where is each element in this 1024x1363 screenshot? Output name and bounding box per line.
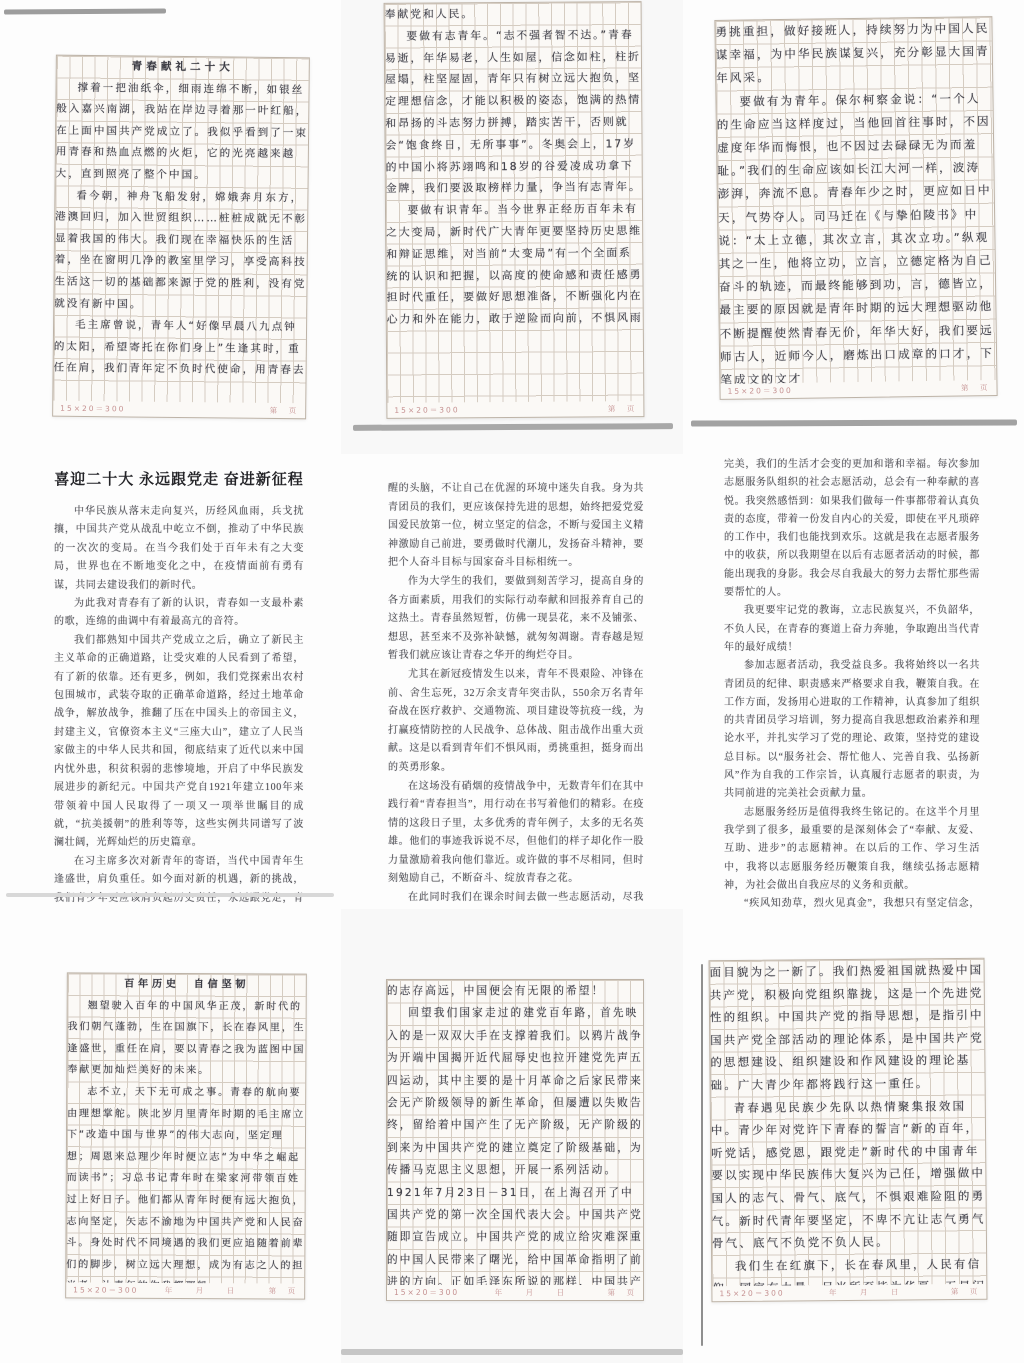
essay-photo-8: 的志存高远，中国便会有无限的希望！ 回望我们国家走过的建党百年路，首先映入的是一…	[341, 909, 683, 1363]
manuscript-paper: 奉献党和人民。 要做有志青年。“志不强者智不达。”青春易逝，年华易老，人生如屋，…	[384, 1, 645, 419]
printed-paragraph: 在这场没有硝烟的疫情战争中，无数青年们在其中践行着“青春担当”，用行动在书写着他…	[388, 778, 644, 890]
essay-paragraph: 要做有识青年。当今世界正经历百年未有之大变局，新时代广大青年更要坚持历史思维和辩…	[386, 198, 643, 331]
printed-paragraph: 我们都熟知中国共产党成立之后，确立了新民主主义革命的正确道路，让受灾难的人民看到…	[54, 632, 304, 853]
manuscript-paper: 勇挑重担，做好接班人，持续努力为中国人民谋幸福，为中华民族谋复兴，充分彰显大国青…	[714, 16, 997, 400]
essay-photo-7: 百年历史 自信坚韧 翘望驶入百年的中国风华正茂，新时代的我们朝气蓬勃，生在国旗下…	[0, 909, 341, 1363]
manuscript-body: 的志存高远，中国便会有无限的希望！ 回望我们国家走过的建党百年路，首先映入的是一…	[387, 980, 643, 1285]
paper-footer: 15×20＝300 年 月 日 第 页	[712, 1284, 986, 1301]
manuscript-body: 勇挑重担，做好接班人，持续努力为中国人民谋幸福，为中华民族谋复兴，充分彰显大国青…	[715, 17, 996, 384]
manuscript-paper: 青春献礼二十大 撑着一把油纸伞，细雨连绵不断，如银丝般入嘉兴南湖，我站在岸边寻着…	[52, 55, 310, 420]
printed-paragraph: 醒的头脑，不让自己在优渥的环境中迷失自我。身为共青团员的我们，更应该保持先进的思…	[388, 480, 644, 573]
page-number-mark: 第 页	[961, 382, 990, 393]
printed-paragraph: 志愿服务经历是值得我终生铭记的。在这半个月里我学到了很多，最重要的是深刻体会了“…	[724, 804, 980, 895]
date-placeholder-mark: 年 月 日	[495, 1287, 573, 1298]
essay-photo-2: 奉献党和人民。 要做有志青年。“志不强者智不达。”青春易逝，年华易老，人生如屋，…	[341, 0, 683, 454]
paper-footer: 15×20＝300 年 月 日 第 页	[66, 1282, 304, 1298]
manuscript-body: 百年历史 自信坚韧 翘望驶入百年的中国风华正茂，新时代的我们朝气蓬勃，生在国旗下…	[66, 973, 306, 1283]
essay-paragraph: 回望我们国家走过的建党百年路，首先映入的是一双双大手在支撑着我们。以鸦片战争为开…	[387, 1002, 643, 1285]
grid-spec-mark: 15×20＝300	[727, 385, 792, 397]
photo-edge-shadow	[6, 893, 334, 897]
essay-photo-9: 面目貌为之一新了。我们热爱祖国就热爱中国共产党，积极向党组织靠拢，这是一个先进党…	[683, 909, 1024, 1363]
printed-paragraph: “疾风知劲草，烈火见真金”，我想只有坚定信念，并付出	[724, 895, 980, 909]
grid-spec-mark: 15×20＝300	[719, 1288, 784, 1300]
grid-spec-mark: 15×20＝300	[60, 403, 125, 415]
scanned-essays-collage: 青春献礼二十大 撑着一把油纸伞，细雨连绵不断，如银丝般入嘉兴南湖，我站在岸边寻着…	[0, 0, 1024, 1363]
essay-photo-3: 勇挑重担，做好接班人，持续努力为中国人民谋幸福，为中华民族谋复兴，充分彰显大国青…	[683, 0, 1024, 454]
essay-paragraph: 看今朝，神舟飞船发射，嫦娥奔月东方，港澳回归，加入世贸组织……桩桩成就无不彰显着…	[54, 185, 307, 317]
essay-paragraph: 毛主席曾说，青年人“好像早晨八九点钟的太阳，希望寄托在你们身上”生逢其时，重任在…	[53, 315, 306, 382]
printed-paragraph: 在习主席多次对新青年的寄语，当代中国青年生逢盛世，肩负重任。如今面对新的机遇，新…	[54, 853, 304, 909]
essay-title: 青春献礼二十大	[57, 56, 309, 80]
essay-photo-6: 完美，我们的生活才会变的更加和谐和幸福。每次参加志愿服务队组织的社会志愿活动，总…	[683, 454, 1024, 909]
manuscript-body: 奉献党和人民。 要做有志青年。“志不强者智不达。”青春易逝，年华易老，人生如屋，…	[385, 2, 644, 403]
printed-paragraph: 中华民族从落末走向复兴，历经风血雨，兵戈扰攘，中国共产党从战乱中屹立不倒，推动了…	[54, 503, 304, 595]
paper-footer: 15×20＝300 第 页	[387, 401, 643, 418]
date-placeholder-mark: 年 月 日	[165, 1285, 243, 1296]
essay-paragraph: 的志存高远，中国便会有无限的希望！	[387, 980, 643, 1002]
manuscript-body: 青春献礼二十大 撑着一把油纸伞，细雨连绵不断，如银丝般入嘉兴南湖，我站在岸边寻着…	[53, 56, 309, 404]
page-number-mark: 第 页	[270, 405, 299, 416]
grid-spec-mark: 15×20＝300	[394, 404, 459, 415]
printed-paragraph: 作为大学生的我们，要做到刻苦学习，提高自身的各方面素质，用我们的实际行动奉献和回…	[388, 573, 644, 666]
photo-edge-shadow	[353, 423, 673, 431]
page-number-mark: 第 页	[608, 403, 637, 414]
paper-footer: 15×20＝300 第 页	[720, 380, 996, 399]
essay-paragraph: 勇挑重担，做好接班人，持续努力为中国人民谋幸福，为中华民族谋复兴，充分彰显大国青…	[715, 17, 992, 90]
printed-page: 喜迎二十大 永远跟党走 奋进新征程 中华民族从落末走向复兴，历经风血雨，兵戈扰攘…	[54, 468, 304, 909]
printed-paragraph: 尤其在新冠疫情发生以来，青年不畏艰险、冲锋在前、舍生忘死，32万余支青年突击队，…	[388, 666, 644, 778]
printed-paragraph: 我更要牢记党的教诲，立志民族复兴，不负韶华，不负人民，在青春的赛道上奋力奔驰，争…	[724, 602, 980, 657]
manuscript-body: 面目貌为之一新了。我们热爱祖国就热爱中国共产党，积极向党组织靠拢，这是一个先进党…	[710, 959, 987, 1286]
essay-paragraph: 撑着一把油纸伞，细雨连绵不断，如银丝般入嘉兴南湖，我站在岸边寻着那一叶红船，在上…	[56, 77, 309, 188]
essay-photo-5: 醒的头脑，不让自己在优渥的环境中迷失自我。身为共青团员的我们，更应该保持先进的思…	[341, 454, 683, 909]
page-number-mark: 第 页	[608, 1287, 637, 1298]
manuscript-paper: 的志存高远，中国便会有无限的希望！ 回望我们国家走过的建党百年路，首先映入的是一…	[386, 979, 644, 1301]
essay-paragraph: 青春遇见民族少先队以热情聚集报效国中。青少年对党许下青春的誓言“新的百年，听党话…	[711, 1094, 986, 1255]
essay-photo-1: 青春献礼二十大 撑着一把油纸伞，细雨连绵不断，如银丝般入嘉兴南湖，我站在岸边寻着…	[0, 0, 341, 454]
photo-edge-shadow	[341, 1349, 683, 1355]
essay-paragraph: 面目貌为之一新了。我们热爱祖国就热爱中国共产党，积极向党组织靠拢，这是一个先进党…	[710, 959, 985, 1097]
printed-paragraph: 完美，我们的生活才会变的更加和谐和幸福。每次参加志愿服务队组织的社会志愿活动，总…	[724, 456, 980, 602]
essay-paragraph: 要做有志青年。“志不强者智不达。”青春易逝，年华易老，人生如屋，信念如柱，柱折屋…	[385, 24, 642, 200]
page-number-mark: 第 页	[951, 1286, 980, 1297]
photo-edge-shadow	[701, 964, 703, 1346]
printed-page: 完美，我们的生活才会变的更加和谐和幸福。每次参加志愿服务队组织的社会志愿活动，总…	[724, 456, 980, 909]
grid-spec-mark: 15×20＝300	[394, 1287, 459, 1298]
essay-paragraph: 志不立，天下无可成之事。青春的航向要由理想掌舵。陕北岁月里青年时期的毛主席立下“…	[66, 1081, 305, 1283]
essay-paragraph: 要做有为青年。保尔柯察金说：“一个人的生命应当这样度过，当他回首往事时，不因虚度…	[716, 87, 996, 384]
essay-paragraph: 翘望驶入百年的中国风华正茂，新时代的我们朝气蓬勃，生在国旗下，长在春风里，生逢盛…	[67, 995, 305, 1083]
grid-spec-mark: 15×20＝300	[73, 1284, 138, 1295]
essay-title: 百年历史 自信坚韧	[68, 973, 306, 996]
printed-paragraph: 在此同时我们在课余时间去做一些志愿活动，尽我们自己的一点力量为我们的社会作一点贡…	[388, 889, 644, 909]
essay-paragraph: 我们生在红旗下，长在春风里，人民有信仰，国家有力量，目光所至皆为华夏，五星闪耀	[712, 1253, 986, 1287]
essay-photo-4: 喜迎二十大 永远跟党走 奋进新征程 中华民族从落末走向复兴，历经风血雨，兵戈扰攘…	[0, 454, 341, 909]
paper-footer: 15×20＝300 年 月 日 第 页	[387, 1285, 643, 1300]
printed-title: 喜迎二十大 永远跟党走 奋进新征程	[54, 468, 304, 489]
printed-page: 醒的头脑，不让自己在优渥的环境中迷失自我。身为共青团员的我们，更应该保持先进的思…	[388, 480, 644, 909]
printed-paragraph: 参加志愿者活动，我受益良多。我将始终以一名共青团员的纪律、职责感来严格要求自我，…	[724, 657, 980, 803]
page-number-mark: 第 页	[269, 1285, 298, 1296]
manuscript-paper: 面目貌为之一新了。我们热爱祖国就热爱中国共产党，积极向党组织靠拢，这是一个先进党…	[709, 958, 988, 1302]
paper-footer: 15×20＝300 第 页	[53, 401, 305, 419]
date-placeholder-mark: 年 月 日	[829, 1286, 907, 1298]
printed-paragraph: 为此我对青春有了新的认识，青春如一支最朴素的歌，连绵的曲调中有着最高亢的音符。	[54, 595, 304, 632]
essay-paragraph: 奉献党和人民。	[385, 2, 641, 26]
manuscript-paper: 百年历史 自信坚韧 翘望驶入百年的中国风华正茂，新时代的我们朝气蓬勃，生在国旗下…	[65, 972, 307, 1299]
photo-edge-shadow	[691, 419, 1017, 426]
photo-edge-shadow	[4, 8, 166, 14]
